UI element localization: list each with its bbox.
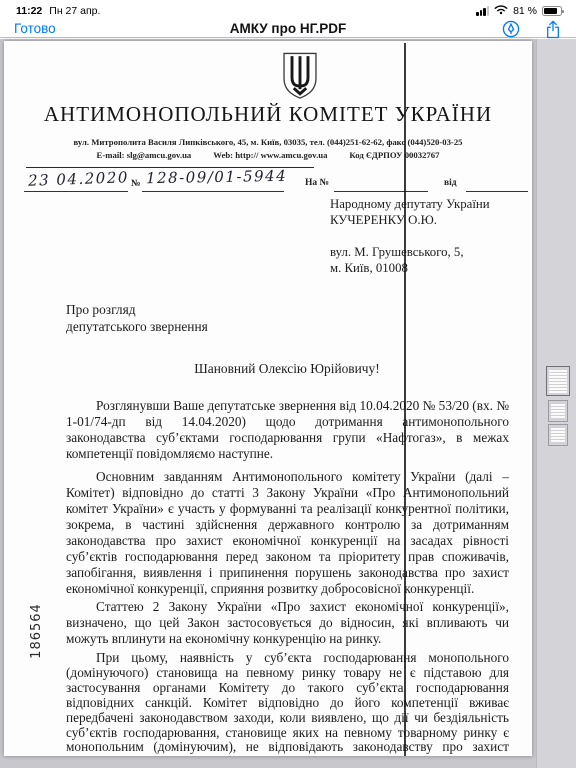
scan-fold-line (404, 43, 406, 756)
screen: 11:22 Пн 27 апр. 81 % Готово АМКУ про НГ… (0, 0, 576, 768)
status-left: 11:22 Пн 27 апр. (16, 5, 100, 17)
cellular-signal-icon (476, 7, 489, 16)
page-thumbnail-3[interactable] (548, 424, 568, 446)
share-icon (545, 27, 561, 42)
salutation: Шановний Олексію Юрійовичу! (66, 361, 508, 377)
nav-actions (502, 20, 562, 38)
document-title: АМКУ про НГ.PDF (0, 21, 576, 36)
date-underline (24, 191, 128, 192)
recipient-line: КУЧЕРЕНКУ О.Ю. (330, 212, 490, 228)
number-underline (142, 191, 284, 192)
vid-underline (466, 191, 528, 192)
handwritten-date: 23 04.2020 (28, 168, 129, 190)
body-paragraph: Основним завданням Антимонопольного комі… (66, 469, 509, 597)
nav-bar: Готово АМКУ про НГ.PDF (0, 20, 576, 38)
number-sign-label: № (131, 179, 141, 189)
letterhead-web: Web: http:// www.amcu.gov.ua (213, 150, 327, 160)
battery-icon (542, 6, 562, 16)
na-no-label: На № (305, 178, 329, 188)
status-time: 11:22 (16, 5, 42, 17)
status-date: Пн 27 апр. (49, 5, 100, 17)
body-paragraph: При цьому, наявність у суб’єкта господар… (66, 651, 509, 755)
subject-line: депутатського звернення (66, 318, 208, 335)
document-page: АНТИМОНОПОЛЬНИЙ КОМІТЕТ УКРАЇНИ вул. Мит… (4, 41, 532, 756)
subject-line: Про розгляд (66, 301, 208, 318)
subject-block: Про розгляд депутатського звернення (66, 301, 208, 335)
status-right: 81 % (476, 4, 562, 18)
registration-number-vertical: 186564 (29, 599, 45, 663)
markup-icon (502, 26, 520, 41)
na-no-underline (334, 191, 428, 192)
letterhead-contact-line: E-mail: slg@amcu.gov.ua Web: http:// www… (4, 150, 532, 160)
wifi-icon (494, 4, 508, 18)
pdf-viewer[interactable]: АНТИМОНОПОЛЬНИЙ КОМІТЕТ УКРАЇНИ вул. Мит… (0, 39, 576, 768)
letterhead-address: вул. Митрополита Василя Липківського, 45… (4, 137, 532, 147)
letterhead-edrpou: Код ЄДРПОУ 00032767 (349, 150, 439, 160)
share-button[interactable] (544, 20, 562, 38)
recipient-line: Народному депутату України (330, 196, 490, 212)
recipient-line: м. Київ, 01008 (330, 260, 490, 276)
letterhead-email: E-mail: slg@amcu.gov.ua (97, 150, 192, 160)
markup-button[interactable] (502, 20, 520, 38)
recipient-block: Народному депутату України КУЧЕРЕНКУ О.Ю… (330, 196, 490, 276)
page-thumbnail-2[interactable] (548, 400, 568, 422)
recipient-line: вул. М. Грушевського, 5, (330, 244, 490, 260)
letterhead-title: АНТИМОНОПОЛЬНИЙ КОМІТЕТ УКРАЇНИ (4, 102, 532, 127)
page-thumbnail-1[interactable] (546, 366, 570, 396)
body-paragraph: Статтею 2 Закону України «Про захист еко… (66, 599, 509, 647)
trident-emblem-icon (281, 52, 319, 99)
done-button[interactable]: Готово (14, 21, 56, 36)
battery-percent: 81 % (513, 5, 537, 17)
status-bar: 11:22 Пн 27 апр. 81 % (0, 0, 576, 20)
handwritten-number: 128-09/01-5944 (146, 167, 287, 187)
body-paragraph: Розглянувши Ваше депутатське звернення в… (66, 398, 509, 462)
vid-label: від (444, 178, 457, 188)
page-thumbnail-strip (536, 39, 576, 768)
